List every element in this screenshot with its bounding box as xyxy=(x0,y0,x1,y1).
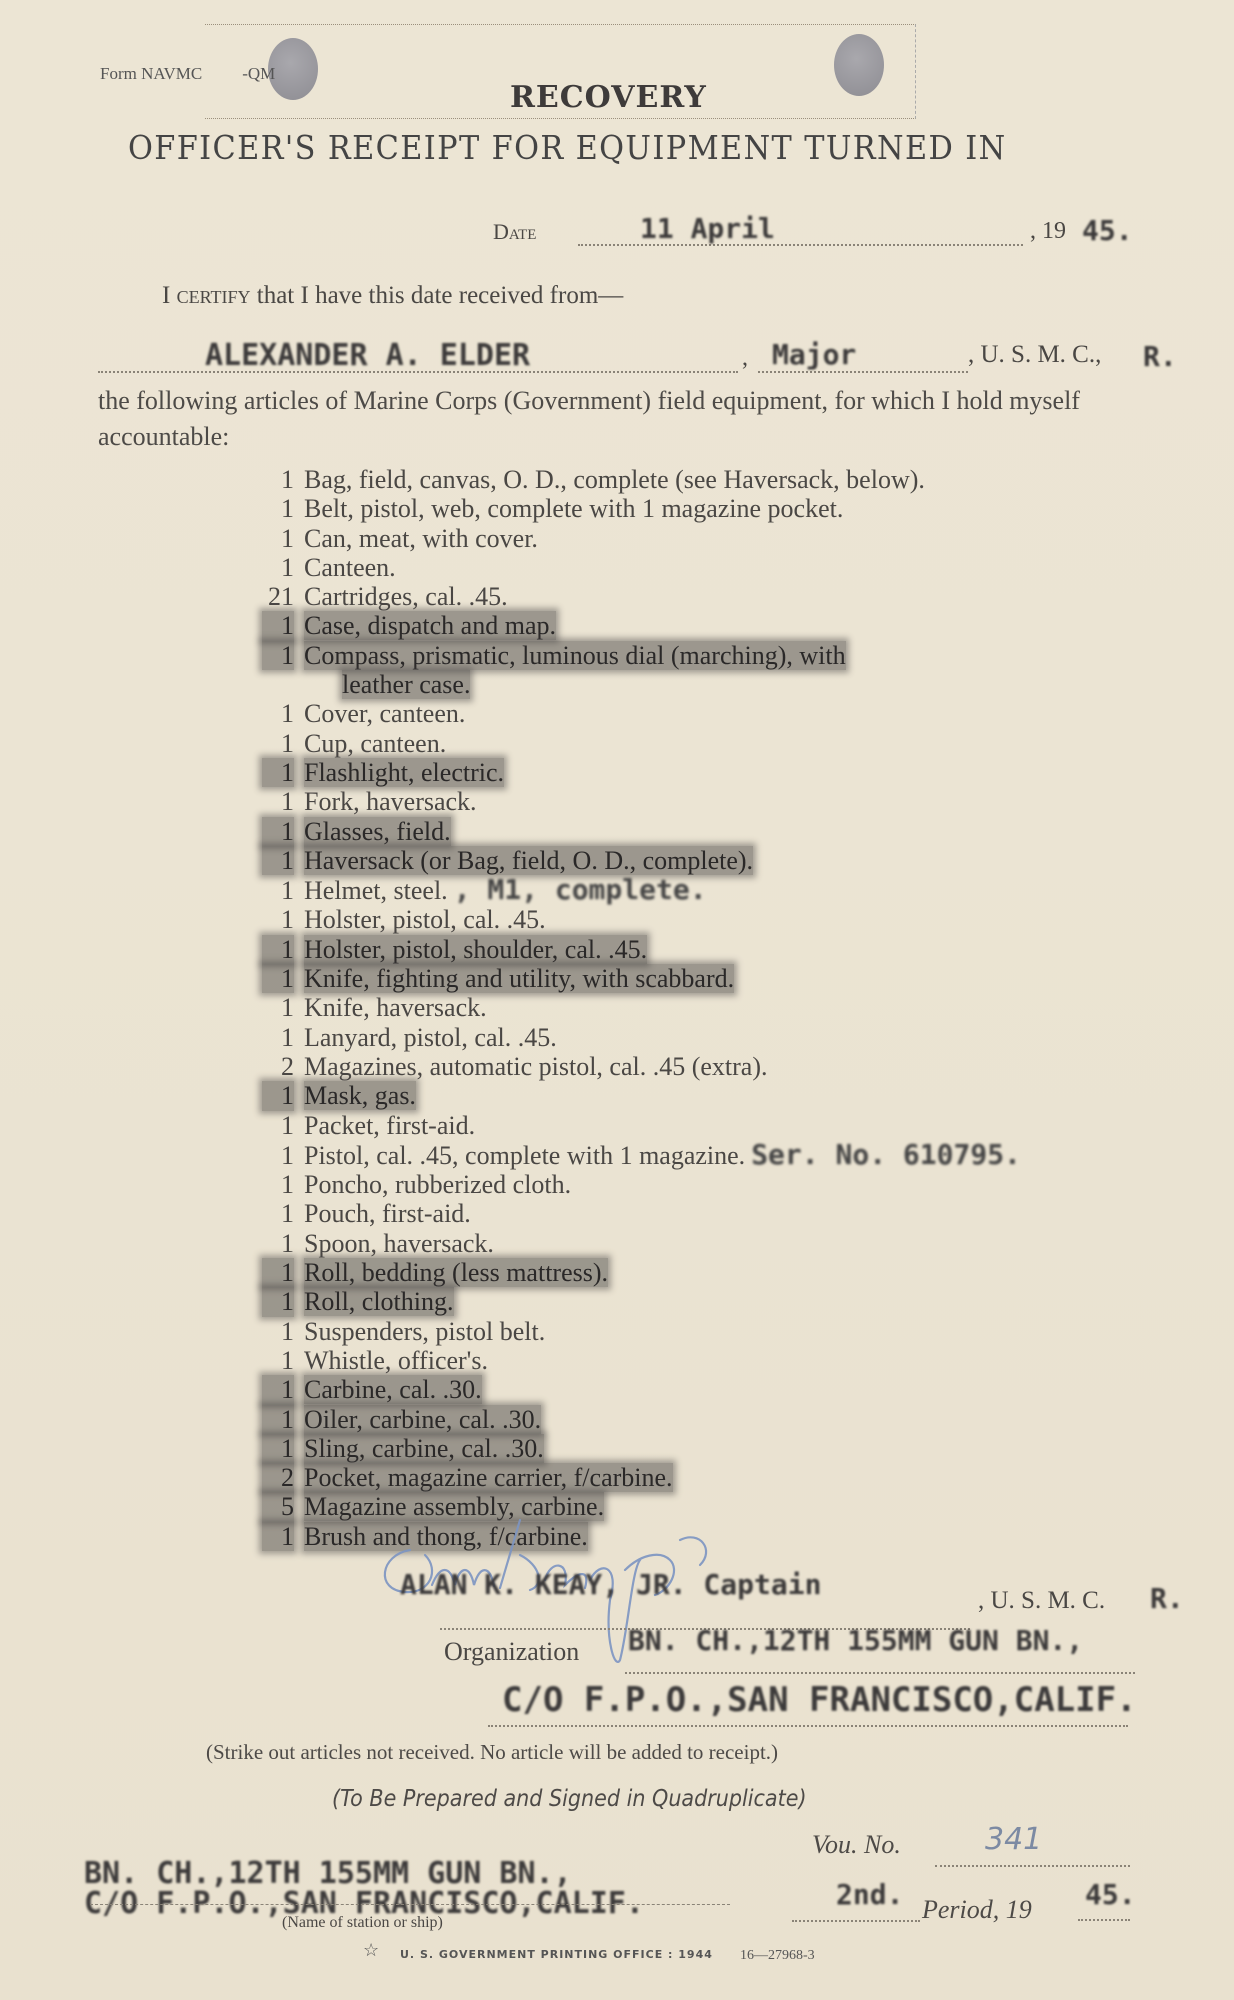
item-description: Pocket, magazine carrier, f/carbine. xyxy=(304,1463,673,1492)
item-description: Roll, clothing. xyxy=(304,1287,454,1316)
voucher-number: 341 xyxy=(985,1822,1042,1857)
item-quantity: 1 xyxy=(262,964,294,993)
item-description: Flashlight, electric. xyxy=(304,758,504,787)
item-description: Case, dispatch and map. xyxy=(304,611,556,640)
item-description: Knife, haversack. xyxy=(304,993,487,1022)
list-item-struck: 1Compass, prismatic, luminous dial (marc… xyxy=(262,641,1021,700)
list-item: 1Pistol, cal. .45, complete with 1 magaz… xyxy=(262,1140,1021,1170)
list-item: 1Holster, pistol, cal. .45. xyxy=(262,905,1021,934)
form-code: 16—27968-3 xyxy=(740,1948,815,1964)
item-quantity: 1 xyxy=(262,524,294,553)
item-description: Spoon, haversack. xyxy=(304,1229,494,1258)
item-quantity: 1 xyxy=(262,1346,294,1375)
item-quantity: 1 xyxy=(262,1375,294,1404)
list-item: 1Pouch, first-aid. xyxy=(262,1199,1021,1228)
item-quantity: 1 xyxy=(262,611,294,640)
item-typed-annotation: Ser. No. 610795. xyxy=(751,1138,1021,1171)
list-item: 1Whistle, officer's. xyxy=(262,1346,1021,1375)
period-year: 45. xyxy=(1085,1878,1136,1911)
list-item-struck: 1Flashlight, electric. xyxy=(262,758,1021,787)
item-quantity: 1 xyxy=(262,817,294,846)
item-quantity: 1 xyxy=(262,729,294,758)
list-item-struck: 2Pocket, magazine carrier, f/carbine. xyxy=(262,1463,1021,1492)
item-description: Bag, field, canvas, O. D., complete (see… xyxy=(304,465,925,494)
page-title: OFFICER'S RECEIPT FOR EQUIPMENT TURNED I… xyxy=(128,128,1007,167)
item-description: Mask, gas. xyxy=(304,1081,416,1110)
list-item: 1Packet, first-aid. xyxy=(262,1111,1021,1140)
form-number: Form NAVMC-QM xyxy=(100,64,275,84)
organization-value-2: C/O F.P.O.,SAN FRANCISCO,CALIF. xyxy=(502,1680,1137,1720)
receiver-service-suffix: R. xyxy=(1150,1582,1184,1615)
voucher-label: Vou. No. xyxy=(812,1830,901,1860)
list-item-struck: 1Roll, clothing. xyxy=(262,1287,1021,1316)
list-item: 1Poncho, rubberized cloth. xyxy=(262,1170,1021,1199)
list-item-struck: 1Haversack (or Bag, field, O. D., comple… xyxy=(262,846,1021,875)
list-item-struck: 1Sling, carbine, cal. .30. xyxy=(262,1434,1021,1463)
item-quantity: 1 xyxy=(262,758,294,787)
list-item: 1Bag, field, canvas, O. D., complete (se… xyxy=(262,465,1021,494)
item-description: Can, meat, with cover. xyxy=(304,524,538,553)
item-quantity: 1 xyxy=(262,1023,294,1052)
item-description: Cartridges, cal. .45. xyxy=(304,582,508,611)
list-item: 21Cartridges, cal. .45. xyxy=(262,582,1021,611)
item-quantity: 1 xyxy=(262,1405,294,1434)
item-quantity: 1 xyxy=(262,699,294,728)
form-id-suffix: -QM xyxy=(242,64,275,83)
strike-out-instruction: (Strike out articles not received. No ar… xyxy=(206,1740,778,1765)
from-service: , U. S. M. C., xyxy=(968,341,1101,369)
item-description: Whistle, officer's. xyxy=(304,1346,488,1375)
item-quantity: 1 xyxy=(262,1081,294,1110)
date-year-value: 45. xyxy=(1082,214,1133,247)
item-quantity: 5 xyxy=(262,1492,294,1521)
list-item: 1Cover, canteen. xyxy=(262,699,1021,728)
item-description: Pistol, cal. .45, complete with 1 magazi… xyxy=(304,1141,745,1170)
item-quantity: 1 xyxy=(262,553,294,582)
list-item: 1Suspenders, pistol belt. xyxy=(262,1317,1021,1346)
item-quantity: 1 xyxy=(262,1199,294,1228)
list-item: 1Canteen. xyxy=(262,553,1021,582)
list-item-struck: 1Glasses, field. xyxy=(262,817,1021,846)
receiver-typed-name: ALAN K. KEAY, JR. Captain xyxy=(400,1568,821,1601)
item-quantity: 1 xyxy=(262,1317,294,1346)
item-quantity: 21 xyxy=(262,582,294,611)
item-description: Packet, first-aid. xyxy=(304,1111,475,1140)
item-description: Oiler, carbine, cal. .30. xyxy=(304,1405,541,1434)
item-quantity: 2 xyxy=(262,1463,294,1492)
item-description: Belt, pistol, web, complete with 1 magaz… xyxy=(304,494,843,523)
list-item: 2Magazines, automatic pistol, cal. .45 (… xyxy=(262,1052,1021,1081)
from-officer-rank: Major xyxy=(772,338,856,371)
item-quantity: 1 xyxy=(262,787,294,816)
list-item: 1Can, meat, with cover. xyxy=(262,524,1021,553)
item-description: Roll, bedding (less mattress). xyxy=(304,1258,608,1287)
item-description-continuation: leather case. xyxy=(342,670,470,699)
list-item: 1Lanyard, pistol, cal. .45. xyxy=(262,1023,1021,1052)
list-item-struck: 1Carbine, cal. .30. xyxy=(262,1375,1021,1404)
item-description: Helmet, steel. xyxy=(304,876,448,905)
list-item-struck: 1Case, dispatch and map. xyxy=(262,611,1021,640)
station-caption: (Name of station or ship) xyxy=(282,1914,443,1932)
star-icon: ☆ xyxy=(363,1940,379,1961)
item-description: Carbine, cal. .30. xyxy=(304,1375,482,1404)
item-quantity: 1 xyxy=(262,494,294,523)
recovery-stamp: RECOVERY xyxy=(510,80,707,115)
item-description: Lanyard, pistol, cal. .45. xyxy=(304,1023,557,1052)
item-quantity: 1 xyxy=(262,1229,294,1258)
list-item: 1Knife, haversack. xyxy=(262,993,1021,1022)
punch-hole-right xyxy=(834,34,884,96)
item-description: Holster, pistol, shoulder, cal. .45. xyxy=(304,935,647,964)
item-description: Haversack (or Bag, field, O. D., complet… xyxy=(304,846,753,875)
item-quantity: 2 xyxy=(262,1052,294,1081)
item-quantity: 1 xyxy=(262,935,294,964)
receiver-service: , U. S. M. C. xyxy=(978,1587,1105,1615)
item-quantity: 1 xyxy=(262,641,294,670)
organization-label: Organization xyxy=(444,1637,579,1667)
list-item: 1Spoon, haversack. xyxy=(262,1229,1021,1258)
accountability-paragraph: the following articles of Marine Corps (… xyxy=(98,383,1178,455)
form-id-prefix: Form NAVMC xyxy=(100,64,202,83)
item-quantity: 1 xyxy=(262,876,294,905)
list-item: 1Helmet, steel., M1, complete. xyxy=(262,875,1021,905)
punch-hole-left xyxy=(268,38,318,100)
item-description: Glasses, field. xyxy=(304,817,451,846)
equipment-list: 1Bag, field, canvas, O. D., complete (se… xyxy=(262,465,1021,1551)
item-description: Cover, canteen. xyxy=(304,699,465,728)
list-item-struck: 1Oiler, carbine, cal. .30. xyxy=(262,1405,1021,1434)
from-comma: , xyxy=(742,345,748,372)
item-quantity: 1 xyxy=(262,1141,294,1170)
item-description: Canteen. xyxy=(304,553,396,582)
list-item: 1Fork, haversack. xyxy=(262,787,1021,816)
certify-text: that I have this date received from— xyxy=(251,282,624,309)
item-quantity: 1 xyxy=(262,1522,294,1551)
list-item-struck: 1Holster, pistol, shoulder, cal. .45. xyxy=(262,935,1021,964)
item-quantity: 1 xyxy=(262,1434,294,1463)
from-service-suffix: R. xyxy=(1143,340,1177,373)
certify-statement: I certify that I have this date received… xyxy=(162,282,623,310)
printing-office: U. S. GOVERNMENT PRINTING OFFICE : 1944 xyxy=(400,1948,713,1961)
item-quantity: 1 xyxy=(262,1258,294,1287)
period-value: 2nd. xyxy=(836,1878,903,1911)
item-description: Pouch, first-aid. xyxy=(304,1199,471,1228)
item-quantity: 1 xyxy=(262,905,294,934)
item-quantity: 1 xyxy=(262,1287,294,1316)
organization-value-1: BN. CH.,12TH 155MM GUN BN., xyxy=(628,1624,1083,1657)
certify-lead: I certify xyxy=(162,282,251,309)
item-quantity: 1 xyxy=(262,1111,294,1140)
date-year-prefix: , 19 xyxy=(1030,218,1066,245)
item-quantity: 1 xyxy=(262,993,294,1022)
item-description: Suspenders, pistol belt. xyxy=(304,1317,545,1346)
item-description: Sling, carbine, cal. .30. xyxy=(304,1434,544,1463)
item-description: Compass, prismatic, luminous dial (march… xyxy=(304,641,846,670)
item-description: Cup, canteen. xyxy=(304,729,446,758)
item-quantity: 1 xyxy=(262,1170,294,1199)
item-description: Holster, pistol, cal. .45. xyxy=(304,905,546,934)
list-item: 1Cup, canteen. xyxy=(262,729,1021,758)
item-quantity: 1 xyxy=(262,846,294,875)
item-description: Fork, haversack. xyxy=(304,787,477,816)
list-item-struck: 1Roll, bedding (less mattress). xyxy=(262,1258,1021,1287)
list-item-struck: 1Mask, gas. xyxy=(262,1081,1021,1110)
station-line xyxy=(90,1903,730,1905)
date-label: Date xyxy=(493,219,536,245)
item-typed-annotation: , M1, complete. xyxy=(454,873,707,906)
item-description: Poncho, rubberized cloth. xyxy=(304,1170,571,1199)
list-item-struck: 1Knife, fighting and utility, with scabb… xyxy=(262,964,1021,993)
item-quantity: 1 xyxy=(262,465,294,494)
item-description: Knife, fighting and utility, with scabba… xyxy=(304,964,734,993)
list-item: 1Belt, pistol, web, complete with 1 maga… xyxy=(262,494,1021,523)
period-label: Period, 19 xyxy=(922,1895,1032,1925)
item-description: Magazines, automatic pistol, cal. .45 (e… xyxy=(304,1052,768,1081)
from-officer-name: ALEXANDER A. ELDER xyxy=(205,338,530,373)
quadruplicate-instruction: (To Be Prepared and Signed in Quadruplic… xyxy=(332,1786,807,1812)
date-value: 11 April xyxy=(640,212,775,245)
